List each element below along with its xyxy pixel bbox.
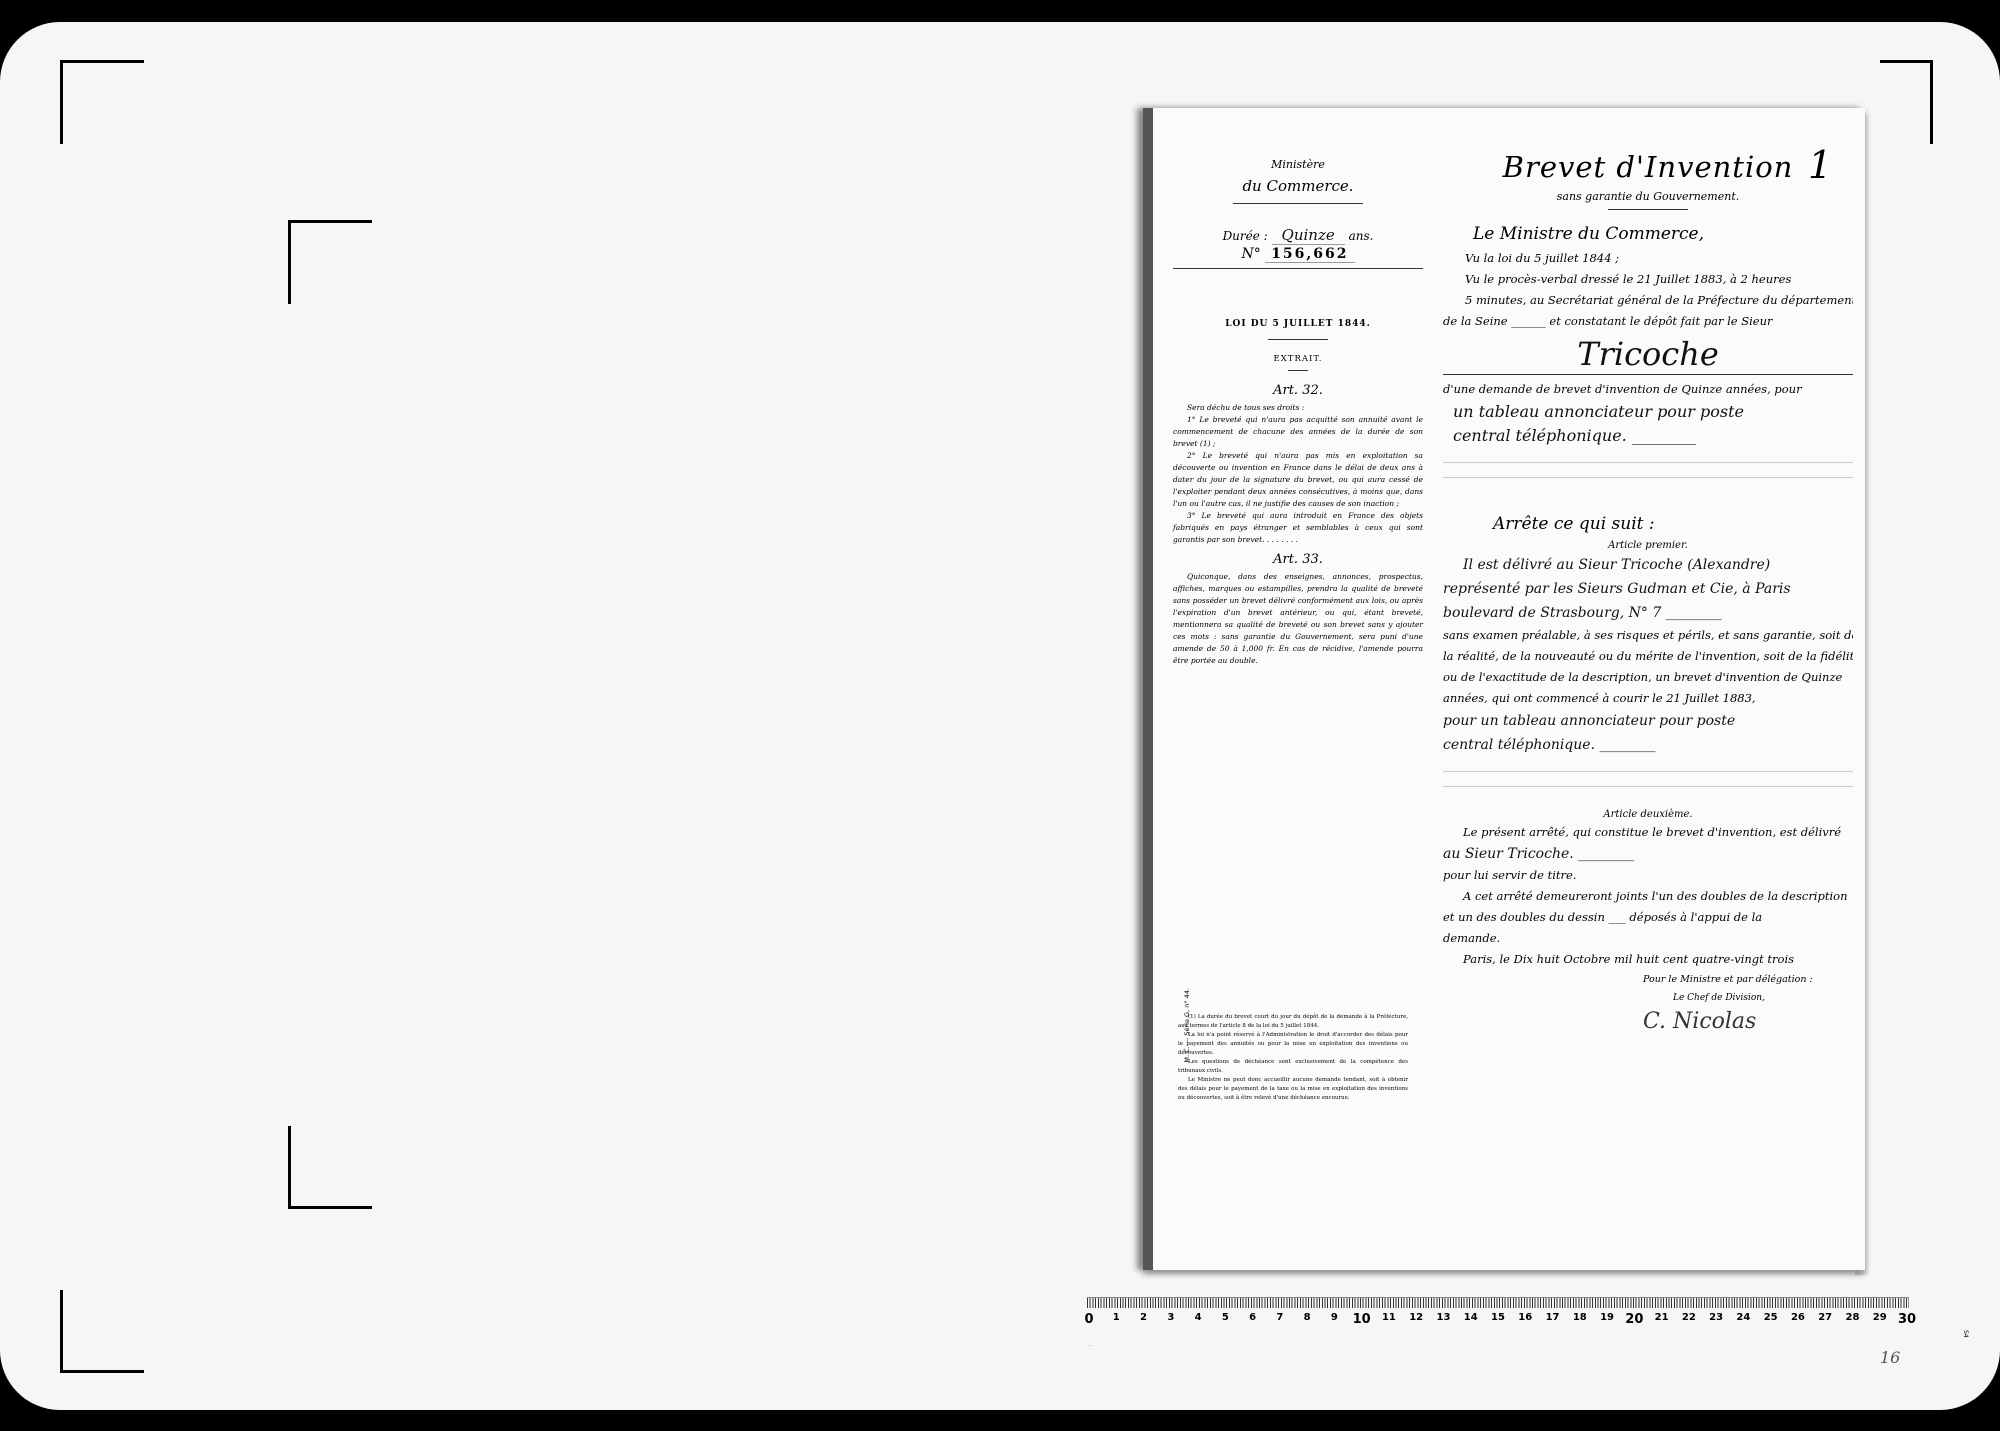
divider — [1268, 339, 1328, 340]
crop-mark-bottom-left-v — [60, 1290, 63, 1373]
divider — [1608, 209, 1688, 210]
divider — [1288, 370, 1308, 371]
article1-line: boulevard de Strasbourg, N° 7 ________ — [1443, 601, 1853, 625]
ruler-label: 13 — [1436, 1312, 1450, 1323]
article2-line: Le présent arrêté, qui constitue le brev… — [1443, 822, 1853, 843]
document-title: Brevet d'Invention — [1443, 150, 1853, 184]
delegation-line: Pour le Ministre et par délégation : — [1643, 974, 1853, 985]
article1-line: pour un tableau annonciateur pour poste — [1443, 709, 1853, 733]
ruler-label: 5 — [1222, 1312, 1229, 1323]
law-title: LOI DU 5 JUILLET 1844. — [1173, 319, 1423, 329]
article1-line: sans examen préalable, à ses risques et … — [1443, 625, 1853, 646]
blank-line — [1443, 786, 1853, 787]
ministry-line2: du Commerce. — [1173, 177, 1423, 195]
crop-mark-top-right-h — [1880, 60, 1933, 63]
footnote: Le Ministre ne peut donc accueillir aucu… — [1178, 1076, 1408, 1103]
chief-line: Le Chef de Division, — [1673, 993, 1853, 1003]
crop-mark-inner-bottom-left-h — [288, 1206, 372, 1209]
ruler-label: 30 — [1898, 1312, 1916, 1327]
ruler-label: 23 — [1709, 1312, 1723, 1323]
invention-title-line2: central téléphonique. ________ — [1443, 424, 1853, 448]
signature: C. Nicolas — [1643, 1009, 1853, 1034]
applicant-name: Tricoche — [1443, 334, 1853, 375]
crop-mark-inner-top-left-v — [288, 220, 291, 304]
request-line: d'une demande de brevet d'invention de Q… — [1443, 379, 1853, 400]
article1-line: central téléphonique. ________ — [1443, 733, 1853, 757]
article2-line: demande. — [1443, 928, 1853, 949]
art32-para: 2° Le breveté qui n'aura pas mis en expl… — [1173, 450, 1423, 510]
art33-para: Quiconque, dans des enseignes, annonces,… — [1173, 571, 1423, 667]
footnote: La loi n'a point réservé à l'Administrat… — [1178, 1031, 1408, 1058]
left-column: Ministère du Commerce. Durée : Quinze an… — [1173, 158, 1423, 667]
ruler-label: 20 — [1625, 1312, 1643, 1327]
article2-line: pour lui servir de titre. — [1443, 865, 1853, 886]
preamble-line: de la Seine ______ et constatant le dépô… — [1443, 311, 1853, 332]
article1-line: années, qui ont commencé à courir le 21 … — [1443, 688, 1853, 709]
folio-number: 16 — [1880, 1348, 1900, 1367]
footnote: Les questions de déchéance sont exclusiv… — [1178, 1058, 1408, 1076]
ruler-label: 21 — [1655, 1312, 1669, 1323]
ruler-label: 15 — [1491, 1312, 1505, 1323]
article1-title: Article premier. — [1443, 540, 1853, 551]
crop-mark-top-left-h — [60, 60, 144, 63]
duration-unit: ans. — [1349, 229, 1374, 243]
crop-mark-inner-bottom-left-v — [288, 1126, 291, 1209]
footnotes: (1) La durée du brevet court du jour du … — [1178, 1013, 1408, 1103]
crop-mark-top-left-v — [60, 60, 63, 144]
art32-para: Sera déchu de tous ses droits : — [1173, 402, 1423, 414]
right-column: Brevet d'Invention sans garantie du Gouv… — [1443, 150, 1853, 1034]
number-label: N° — [1241, 246, 1260, 262]
art32-para: 3° Le breveté qui aura introduit en Fran… — [1173, 510, 1423, 546]
ruler-label: 28 — [1845, 1312, 1859, 1323]
article2-title: Article deuxième. — [1443, 809, 1853, 820]
ruler-label: 26 — [1791, 1312, 1805, 1323]
ruler-label: 7 — [1276, 1312, 1283, 1323]
art32-para: 1° Le breveté qui n'aura pas acquitté so… — [1173, 414, 1423, 450]
duration-label: Durée : — [1223, 229, 1268, 243]
ministry-line1: Ministère — [1173, 158, 1423, 171]
article2-line: au Sieur Tricoche. ________ — [1443, 843, 1853, 865]
ruler-label: 17 — [1546, 1312, 1560, 1323]
ruler-label: 4 — [1195, 1312, 1202, 1323]
crop-mark-bottom-left-h — [60, 1370, 144, 1373]
ruler-label: 25 — [1764, 1312, 1778, 1323]
ruler-label: 1 — [1113, 1312, 1120, 1323]
article1-line: Il est délivré au Sieur Tricoche (Alexan… — [1443, 553, 1853, 577]
article2-line: et un des doubles du dessin ___ déposés … — [1443, 907, 1853, 928]
extract-label: EXTRAIT. — [1173, 354, 1423, 364]
arrete-heading: Arrête ce qui suit : — [1493, 514, 1853, 534]
ruler-label: 8 — [1304, 1312, 1311, 1323]
patent-document: 1 Ministère du Commerce. Durée : Quinze … — [1143, 108, 1865, 1270]
ruler-label: 10 — [1353, 1312, 1371, 1327]
crop-mark-top-right-v — [1930, 60, 1933, 144]
article2-line: A cet arrêté demeureront joints l'un des… — [1443, 886, 1853, 907]
preamble-line: Vu le procès-verbal dressé le 21 Juillet… — [1443, 269, 1853, 290]
ruler-label: 12 — [1409, 1312, 1423, 1323]
divider — [1233, 203, 1363, 204]
ruler-label: 11 — [1382, 1312, 1396, 1323]
ruler-label: 27 — [1818, 1312, 1832, 1323]
blank-line — [1443, 462, 1853, 463]
ruler-label: 22 — [1682, 1312, 1696, 1323]
ruler-label: 2 — [1140, 1312, 1147, 1323]
ruler-label: 19 — [1600, 1312, 1614, 1323]
ruler-label: 18 — [1573, 1312, 1587, 1323]
side-mark: S4 — [1962, 1330, 1969, 1338]
date-line: Paris, le Dix huit Octobre mil huit cent… — [1443, 949, 1853, 970]
patent-number: 156,662 — [1265, 246, 1354, 263]
blank-line — [1443, 477, 1853, 478]
preamble-line: 5 minutes, au Secrétariat général de la … — [1443, 290, 1853, 311]
ruler-label: 9 — [1331, 1312, 1338, 1323]
article1-line: la réalité, de la nouveauté ou du mérite… — [1443, 646, 1853, 667]
ruler-label: 24 — [1736, 1312, 1750, 1323]
art33-title: Art. 33. — [1173, 552, 1423, 567]
invention-title-line1: un tableau annonciateur pour poste — [1443, 400, 1853, 424]
ruler-label: 16 — [1518, 1312, 1532, 1323]
document-subtitle: sans garantie du Gouvernement. — [1443, 190, 1853, 203]
duration-value: Quinze — [1272, 226, 1345, 245]
ruler-maker-mark: ··· — [1088, 1343, 1092, 1348]
article1-line: ou de l'exactitude de la description, un… — [1443, 667, 1853, 688]
ruler-label: 14 — [1464, 1312, 1478, 1323]
minister-heading: Le Ministre du Commerce, — [1473, 224, 1853, 244]
art32-title: Art. 32. — [1173, 383, 1423, 398]
footnote: (1) La durée du brevet court du jour du … — [1178, 1013, 1408, 1031]
ruler-label: 3 — [1167, 1312, 1174, 1323]
preamble-line: Vu la loi du 5 juillet 1844 ; — [1443, 248, 1853, 269]
blank-line — [1443, 771, 1853, 772]
article1-line: représenté par les Sieurs Gudman et Cie,… — [1443, 577, 1853, 601]
divider — [1173, 268, 1423, 269]
ruler-label: 29 — [1873, 1312, 1887, 1323]
ruler-label: 6 — [1249, 1312, 1256, 1323]
measurement-ruler: 0123456789101112131415161718192021222324… — [1087, 1297, 1909, 1336]
crop-mark-inner-top-left-h — [288, 220, 372, 223]
ruler-label: 0 — [1084, 1312, 1093, 1327]
